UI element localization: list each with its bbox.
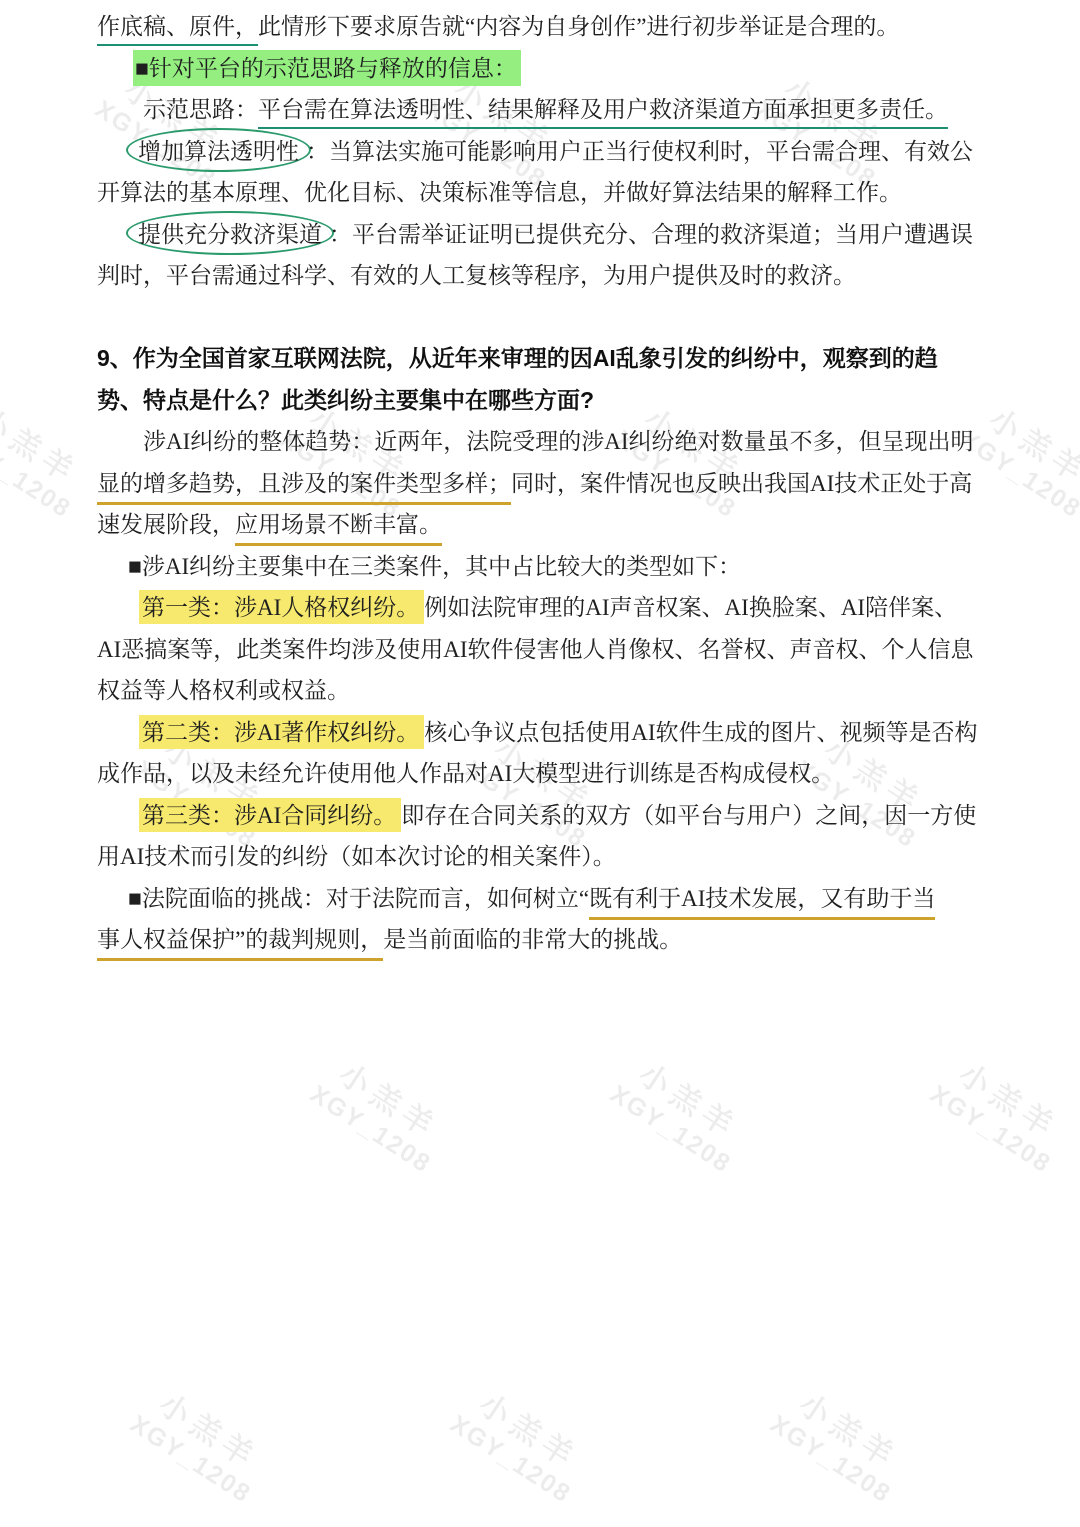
- text-line: 显的增多趋势，且涉及的案件类型多样；同时，案件情况也反映出我国AI技术正处于高: [97, 463, 1080, 505]
- text-line: 示范思路：平台需在算法透明性、结果解释及用户救济渠道方面承担更多责任。: [97, 89, 1080, 131]
- text-line: 权益等人格权利或权益。: [97, 670, 1080, 712]
- text-line: 增加算法透明性：当算法实施可能影响用户正当行使权利时，平台需合理、有效公: [97, 131, 1080, 173]
- text-segment: 核心争议点包括使用AI软件生成的图片、视频等是否构: [424, 720, 977, 745]
- text-line: 判时，平台需通过科学、有效的人工复核等程序，为用户提供及时的救济。: [97, 255, 1080, 297]
- circled-annotation-text: 提供充分救济渠道: [126, 211, 334, 255]
- green-highlighted-text: ■针对平台的示范思路与释放的信息：: [133, 50, 521, 86]
- text-line: 作底稿、原件，此情形下要求原告就“内容为自身创作”进行初步举证是合理的。: [97, 6, 1080, 48]
- text-segment: 即存在合同关系的双方（如平台与用户）之间，因一方使: [401, 803, 976, 828]
- teal-underlined-text: 平台需在算法透明性、结果解释及用户救济渠道方面承担更多责任。: [258, 97, 948, 129]
- text-segment: ：平台需举证证明已提供充分、合理的救济渠道；当用户遭遇误: [329, 222, 973, 247]
- yellow-highlighted-text: 第一类：涉AI人格权纠纷。: [139, 590, 424, 624]
- watermark: 小羔羊XGY_1208: [305, 1050, 456, 1179]
- text-segment: 开算法的基本原理、优化目标、决策标准等信息，并做好算法结果的解释工作。: [97, 180, 902, 205]
- text-line: 开算法的基本原理、优化目标、决策标准等信息，并做好算法结果的解释工作。: [97, 172, 1080, 214]
- text-segment: ：当算法实施可能影响用户正当行使权利时，平台需合理、有效公: [306, 139, 973, 164]
- text-line: ■涉AI纠纷主要集中在三类案件，其中占比较大的类型如下：: [97, 546, 1080, 588]
- blank-line: [97, 297, 1080, 339]
- text-line: 提供充分救济渠道：平台需举证证明已提供充分、合理的救济渠道；当用户遭遇误: [97, 214, 1080, 256]
- text-line: 第一类：涉AI人格权纠纷。例如法院审理的AI声音权案、AI换脸案、AI陪伴案、: [97, 587, 1080, 629]
- text-segment: AI恶搞案等，此类案件均涉及使用AI软件侵害他人肖像权、名誉权、声音权、个人信息: [97, 637, 974, 662]
- text-line: 势、特点是什么？此类纠纷主要集中在哪些方面?: [97, 380, 1080, 422]
- text-content: 作底稿、原件，此情形下要求原告就“内容为自身创作”进行初步举证是合理的。■针对平…: [0, 0, 1080, 961]
- text-line: ■针对平台的示范思路与释放的信息：: [97, 48, 1080, 90]
- text-segment: 成作品，以及未经允许使用他人作品对AI大模型进行训练是否构成侵权。: [97, 761, 834, 786]
- yellow-underlined-text: 显的增多趋势，且涉及的案件类型多样；: [97, 471, 511, 505]
- text-segment: 例如法院审理的AI声音权案、AI换脸案、AI陪伴案、: [424, 595, 957, 620]
- question-title-text: 势、特点是什么？此类纠纷主要集中在哪些方面?: [97, 387, 594, 413]
- text-line: 第三类：涉AI合同纠纷。即存在合同关系的双方（如平台与用户）之间，因一方使: [97, 795, 1080, 837]
- text-line: 用AI技术而引发的纠纷（如本次讨论的相关案件）。: [97, 836, 1080, 878]
- yellow-underlined-text: 既有利于AI技术发展，又有助于当: [589, 886, 935, 920]
- watermark: 小羔羊XGY_1208: [925, 1050, 1076, 1179]
- text-line: 事人权益保护”的裁判规则，是当前面临的非常大的挑战。: [97, 919, 1080, 961]
- document-page: 小羔羊XGY_1208小羔羊XGY_1208小羔羊XGY_1208小羔羊XGY_…: [0, 0, 1080, 1527]
- text-segment: 同时，案件情况也反映出我国AI技术正处于高: [511, 471, 972, 496]
- yellow-highlighted-text: 第三类：涉AI合同纠纷。: [139, 798, 401, 832]
- text-segment: 用AI技术而引发的纠纷（如本次讨论的相关案件）。: [97, 844, 616, 869]
- circled-annotation-text: 增加算法透明性: [126, 128, 311, 172]
- watermark: 小羔羊XGY_1208: [605, 1050, 756, 1179]
- text-segment: 此情形下要求原告就“内容为自身创作”进行初步举证是合理的。: [258, 14, 899, 39]
- question-title-text: 9、作为全国首家互联网法院，从近年来审理的因AI乱象引发的纠纷中，观察到的趋: [97, 345, 938, 371]
- text-line: 9、作为全国首家互联网法院，从近年来审理的因AI乱象引发的纠纷中，观察到的趋: [97, 338, 1080, 380]
- text-segment: 示范思路：: [143, 97, 258, 122]
- yellow-underlined-text: 事人权益保护”的裁判规则，: [97, 927, 383, 961]
- text-line: 第二类：涉AI著作权纠纷。核心争议点包括使用AI软件生成的图片、视频等是否构: [97, 712, 1080, 754]
- yellow-highlighted-text: 第二类：涉AI著作权纠纷。: [139, 715, 424, 749]
- watermark: 小羔羊XGY_1208: [765, 1380, 916, 1509]
- text-segment: 速发展阶段，: [97, 512, 235, 537]
- text-line: 速发展阶段，应用场景不断丰富。: [97, 504, 1080, 546]
- text-line: 成作品，以及未经允许使用他人作品对AI大模型进行训练是否构成侵权。: [97, 753, 1080, 795]
- watermark: 小羔羊XGY_1208: [125, 1380, 276, 1509]
- text-segment: 是当前面临的非常大的挑战。: [383, 927, 682, 952]
- text-line: ■法院面临的挑战：对于法院而言，如何树立“既有利于AI技术发展，又有助于当: [97, 878, 1080, 920]
- text-segment: 涉AI纠纷的整体趋势：近两年，法院受理的涉AI纠纷绝对数量虽不多，但呈现出明: [143, 429, 974, 454]
- text-segment: ■涉AI纠纷主要集中在三类案件，其中占比较大的类型如下：: [128, 554, 741, 579]
- text-segment: 判时，平台需通过科学、有效的人工复核等程序，为用户提供及时的救济。: [97, 263, 856, 288]
- text-line: AI恶搞案等，此类案件均涉及使用AI软件侵害他人肖像权、名誉权、声音权、个人信息: [97, 629, 1080, 671]
- yellow-underlined-text: 应用场景不断丰富。: [235, 512, 442, 546]
- teal-underlined-text: 作底稿、原件，: [97, 14, 258, 46]
- text-segment: ■法院面临的挑战：对于法院而言，如何树立“: [128, 886, 589, 911]
- watermark: 小羔羊XGY_1208: [445, 1380, 596, 1509]
- text-segment: 权益等人格权利或权益。: [97, 678, 350, 703]
- text-line: 涉AI纠纷的整体趋势：近两年，法院受理的涉AI纠纷绝对数量虽不多，但呈现出明: [97, 421, 1080, 463]
